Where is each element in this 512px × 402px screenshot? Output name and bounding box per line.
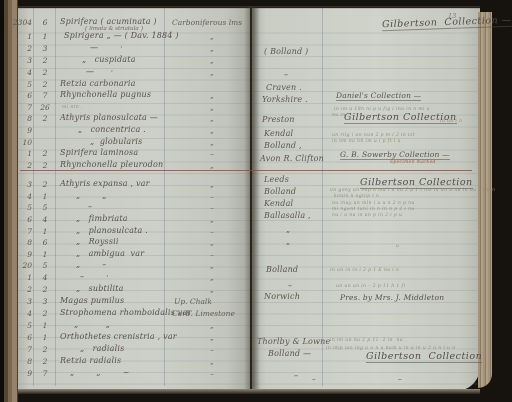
history-note: –: [398, 374, 402, 383]
specimen-count: 1: [38, 227, 52, 236]
specimen-count: 3: [38, 44, 52, 53]
specimen-count: 2: [38, 309, 52, 318]
formation: „: [210, 333, 214, 342]
species-name: „ –: [76, 260, 107, 269]
formation: –: [210, 345, 214, 354]
species-name: Orthothetes crenistria , var: [60, 332, 177, 341]
reg-number: 2304: [10, 18, 32, 27]
locality: Norwich: [264, 292, 300, 301]
formation: „: [210, 56, 214, 65]
locality: Bolland: [264, 187, 296, 196]
pencil-annotation: u: [396, 244, 399, 249]
reg-number: 1: [10, 273, 32, 282]
reg-number: 8: [10, 238, 32, 247]
species-name: Retzia radialis: [60, 356, 121, 365]
species-name: – ·: [80, 272, 109, 281]
reg-number: 6: [10, 215, 32, 224]
reg-number: 9: [10, 250, 32, 259]
pencil-annotation: in un in in i 2 p 1 E nu i n: [330, 268, 399, 273]
species-name: „ globularis: [90, 137, 142, 146]
page-number: 13: [448, 12, 456, 20]
species-name: „ concentrica .: [78, 125, 146, 134]
handwritten-entries-layer: 23046Spirifera ( acuminata ){ limata & s…: [0, 0, 512, 402]
history-note: –: [312, 374, 316, 383]
species-name: „ „: [74, 320, 110, 329]
formation: „: [210, 114, 214, 123]
reg-number: 1: [10, 32, 32, 41]
collection-note: Gilbertson Collection —: [382, 15, 512, 32]
reg-number: 3: [10, 297, 32, 306]
specimen-count: 3: [38, 297, 52, 306]
locality: –: [294, 371, 298, 380]
species-name: „ fimbriata: [76, 214, 128, 223]
locality: Bolland: [266, 265, 298, 274]
pencil-annotation: konin n ognip i n: [334, 194, 379, 199]
species-name: „ cuspidata: [82, 55, 136, 64]
species-name: Magas pumilus: [60, 296, 124, 305]
history-note: Pres. by Mrs. J. Middleton: [340, 293, 444, 302]
species-name: „ radialis: [80, 344, 124, 353]
reg-number: 9: [10, 126, 32, 135]
reg-number: 5: [10, 321, 32, 330]
reg-number: 2: [10, 44, 32, 53]
specimen-count: 6: [38, 238, 52, 247]
formation: –: [210, 369, 214, 378]
specimen-count: 4: [38, 215, 52, 224]
locality: Craven .: [266, 83, 302, 92]
specimen-count: 26: [38, 103, 52, 112]
formation: „: [210, 285, 214, 294]
species-name: „ subtilita: [76, 284, 124, 293]
pencil-annotation: in im un nu 2 p 11 2 in nu: [330, 338, 403, 343]
formation: „: [210, 32, 214, 41]
formation: Carboniferous lms: [172, 18, 242, 27]
collection-note: Daniel's Collection —: [336, 91, 421, 101]
reg-number: 7: [10, 345, 32, 354]
formation: –: [210, 250, 214, 259]
reg-number: 7: [10, 103, 32, 112]
locality: Yorkshire .: [262, 95, 308, 104]
formation: –: [210, 227, 214, 236]
formation: „: [210, 161, 214, 170]
specimen-count: 1: [38, 333, 52, 342]
locality: Bolland ,: [264, 141, 302, 150]
locality: ( Bolland ): [264, 47, 308, 56]
specimen-count: 4: [38, 273, 52, 282]
locality: Preston: [262, 115, 295, 124]
reg-number: 3: [10, 56, 32, 65]
pencil-annotation: mi ngunt tuni in n in n p 2 i nu: [332, 207, 415, 212]
specimen-count: 2: [38, 149, 52, 158]
specimen-count: 2: [38, 161, 52, 170]
reg-number: 6: [10, 91, 32, 100]
collection-note: G. B. Sowerby Collection —: [340, 150, 450, 160]
pencil-annotation: in un i n: [440, 119, 462, 124]
reg-number: 1: [10, 149, 32, 158]
reg-number: 4: [10, 192, 32, 201]
species-name: „ „ ~: [70, 368, 129, 377]
species-name: „ ambigua var: [76, 249, 144, 258]
reg-number: 5: [10, 80, 32, 89]
formation: „: [210, 273, 214, 282]
specimen-count: 7: [38, 91, 52, 100]
specimen-count: 2: [38, 68, 52, 77]
reg-number: 5: [10, 203, 32, 212]
pencil-annotation: in nm mi hh im u i p ft i u: [332, 139, 401, 144]
locality: Kendal: [264, 199, 293, 208]
specimen-count: 2: [38, 285, 52, 294]
reg-number: 8: [10, 357, 32, 366]
collection-note: Gilbertson Collection: [366, 351, 482, 363]
reg-number: 4: [10, 68, 32, 77]
locality: „: [286, 225, 290, 234]
specimen-count: 6: [38, 18, 52, 27]
formation: „: [210, 321, 214, 330]
locality: „: [286, 237, 290, 246]
specimen-count: 1: [38, 321, 52, 330]
locality: –: [288, 281, 292, 290]
specimen-count: 7: [38, 369, 52, 378]
reg-number: 4: [10, 309, 32, 318]
formation: –: [210, 149, 214, 158]
formation: Up. Chalk: [174, 297, 212, 306]
formation: „: [210, 126, 214, 135]
formation: „: [210, 238, 214, 247]
locality: Ballasalla ,: [264, 211, 311, 220]
formation: „: [210, 261, 214, 270]
pencil-annotation: nu i u nu in un p in 2 i p u: [332, 213, 402, 218]
specimen-count: 1: [38, 32, 52, 41]
formation: „: [210, 180, 214, 189]
pencil-annotation: un rilg i un nun 2 p m i 2 in izt: [332, 133, 415, 138]
locality: Bolland —: [268, 349, 311, 358]
reg-number: 2: [10, 161, 32, 170]
locality: –: [284, 70, 288, 79]
red-ink-annotation: Specimen marked: [390, 160, 436, 165]
reg-number: 8: [10, 114, 32, 123]
locality: Leeds: [264, 175, 289, 184]
register-spread-photo: 23046Spirifera ( acuminata ){ limata & s…: [0, 0, 512, 402]
species-name: Rhynchonella pugnus: [60, 90, 151, 99]
specimen-count: 2: [38, 345, 52, 354]
formation: „: [210, 68, 214, 77]
formation: Carb. Limestone: [172, 309, 235, 318]
species-name: Spirifera ( acuminata ): [60, 17, 157, 26]
formation: –: [210, 203, 214, 212]
species-name: Athyris expansa , var: [60, 179, 150, 188]
formation: „: [210, 215, 214, 224]
specimen-count: 5: [38, 261, 52, 270]
species-name: –: [88, 202, 92, 211]
pencil-annotation: un gony un imp n mu i u nu 2 p 1 i nm in…: [330, 188, 495, 193]
reg-number: 6: [10, 333, 32, 342]
formation: „: [210, 138, 214, 147]
species-name: „ Royssii: [76, 237, 119, 246]
reg-number: 20: [10, 261, 32, 270]
specimen-count: 2: [38, 357, 52, 366]
formation: –: [210, 192, 214, 201]
reg-number: 2: [10, 285, 32, 294]
species-name: — ·: [90, 43, 123, 52]
species-name: Spirigera „ — ( Dav. 1884 ): [64, 31, 179, 40]
specimen-count: 5: [38, 203, 52, 212]
species-name: „ planosulcata .: [76, 226, 148, 235]
species-name: Athyris planosulcata —: [60, 113, 158, 122]
species-name: Retzia carbonaria: [60, 79, 136, 88]
pencil-annotation: mi ntn .: [62, 105, 83, 110]
formation: „: [210, 44, 214, 53]
species-name: Rhynchonella pleurodon: [60, 160, 163, 169]
reg-number: 3: [10, 180, 32, 189]
locality: Avon R. Clifton: [260, 154, 324, 163]
pencil-annotation: un un un in – 2 p 11 h 1 fi: [336, 284, 405, 289]
reg-number: 7: [10, 227, 32, 236]
reg-number: 10: [10, 138, 32, 147]
species-name: Spirifera laminosa: [60, 148, 138, 157]
reg-number: 9: [10, 369, 32, 378]
formation: „: [210, 357, 214, 366]
locality: Thorlby & Lowne: [257, 337, 330, 346]
specimen-count: 2: [38, 80, 52, 89]
specimen-count: 2: [38, 180, 52, 189]
specimen-count: 1: [38, 250, 52, 259]
specimen-count: 2: [38, 114, 52, 123]
formation: „: [210, 91, 214, 100]
specimen-count: 1: [38, 192, 52, 201]
formation: „: [210, 103, 214, 112]
specimen-count: 2: [38, 56, 52, 65]
species-name: „ „: [76, 191, 107, 200]
locality: Kendal: [264, 129, 293, 138]
species-name: — ·: [86, 67, 113, 76]
pencil-annotation: nu inuy un mln i u u n 2 n p nu: [332, 201, 415, 206]
